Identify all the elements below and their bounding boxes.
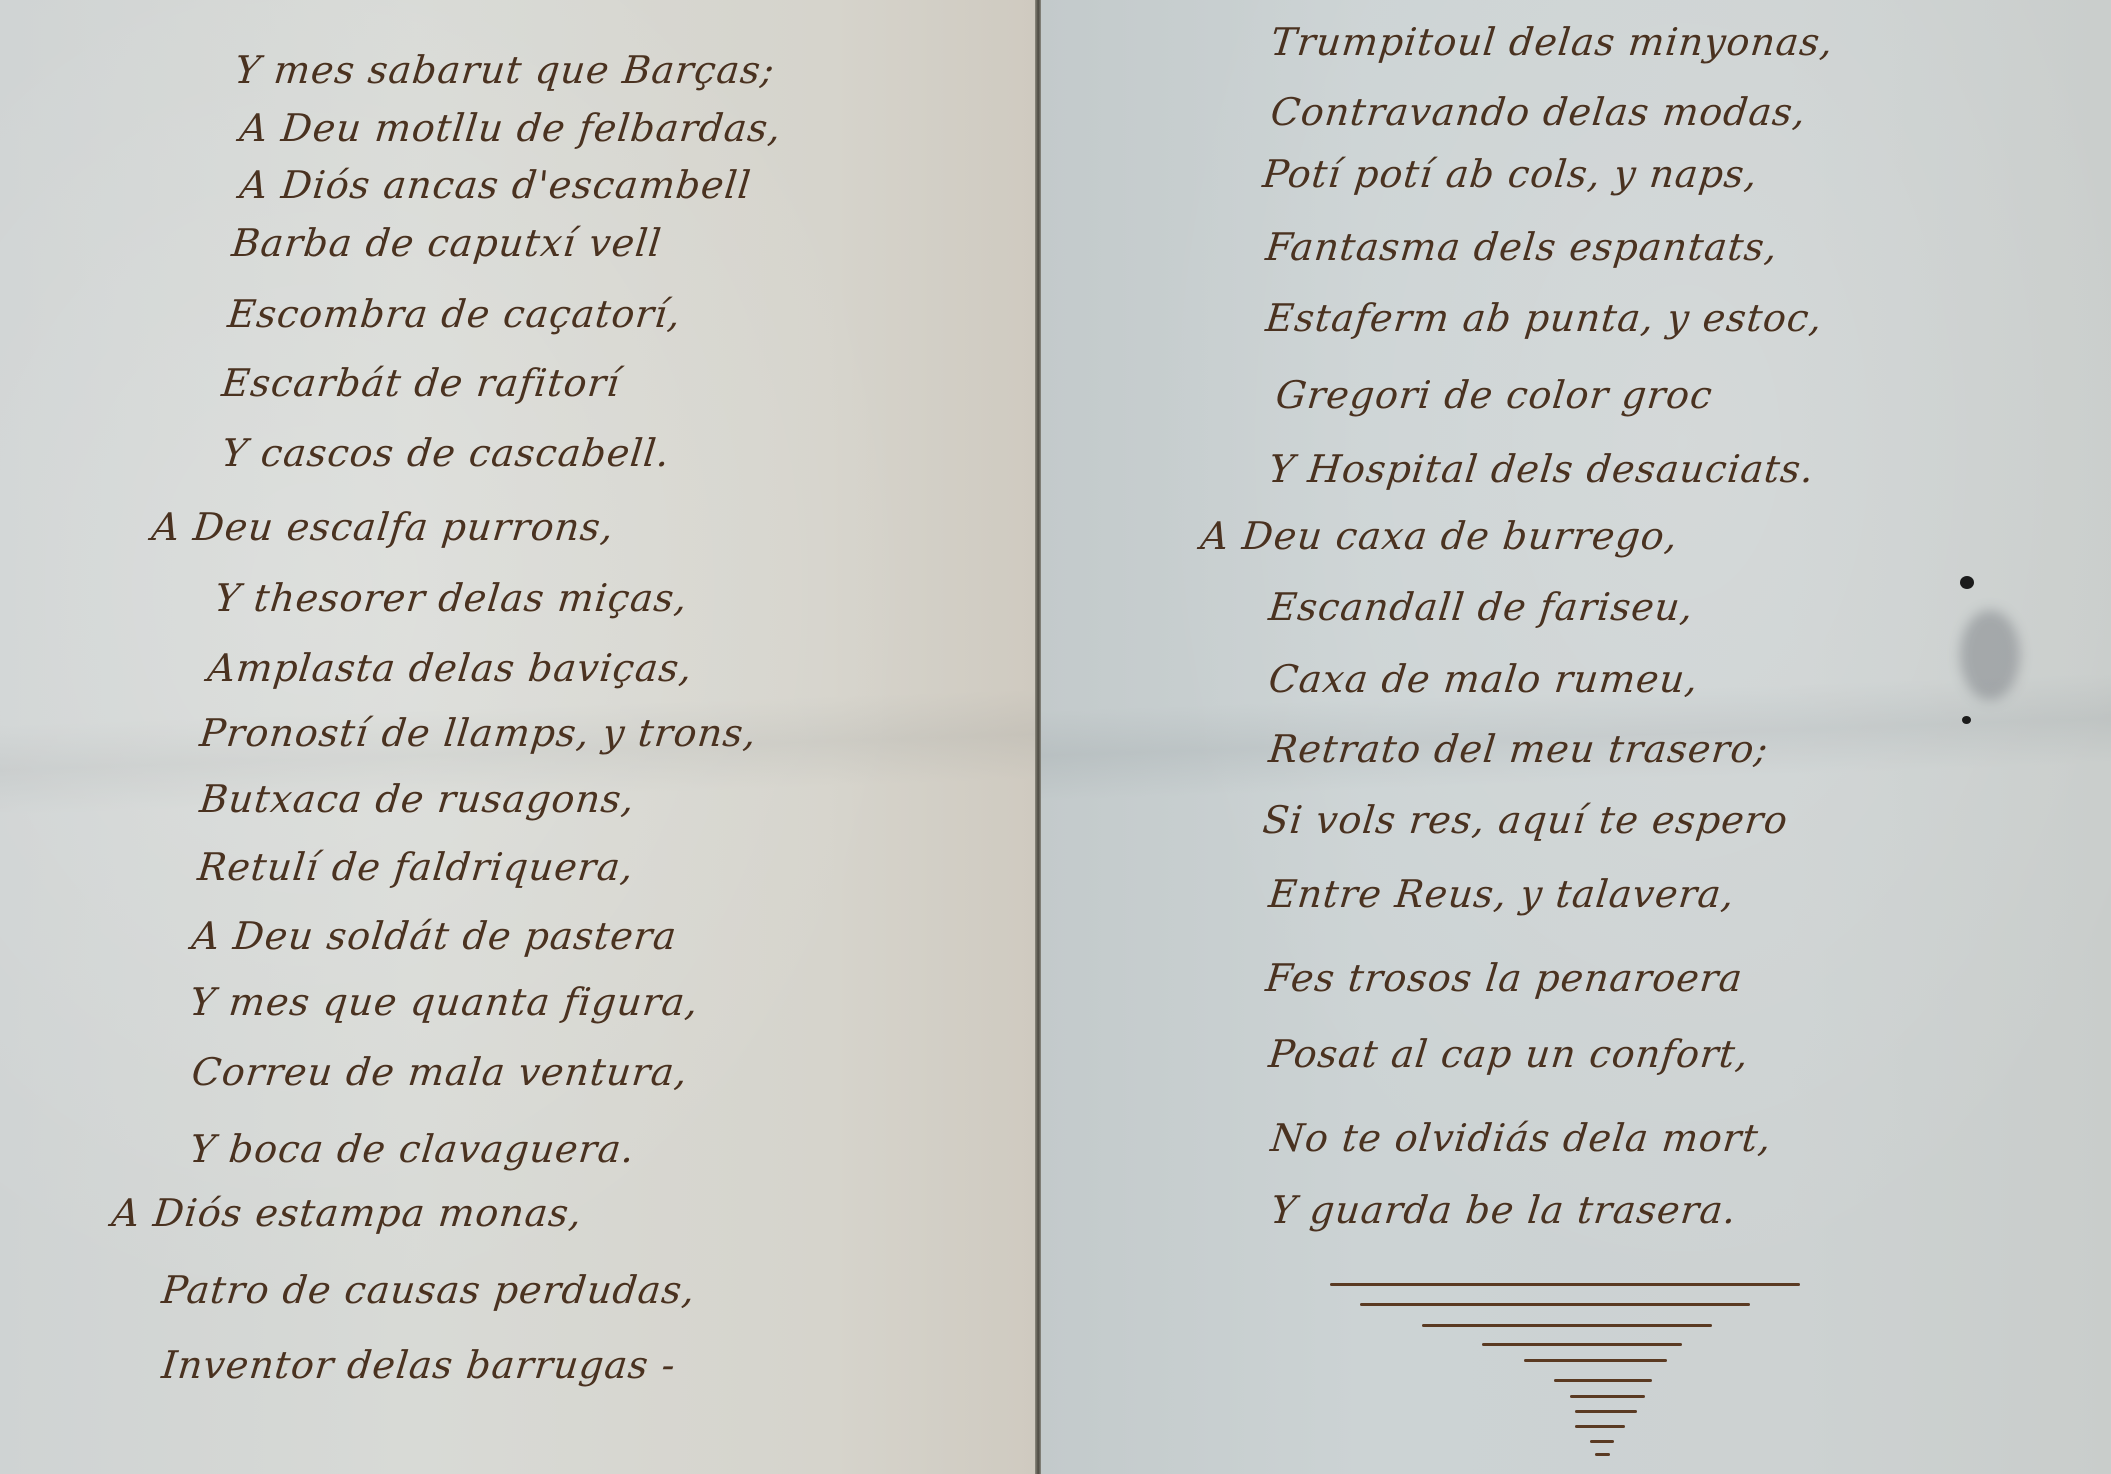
ink-smudge <box>1960 610 2020 700</box>
right-line-13: Entre Reus, y talavera, <box>1267 872 1737 916</box>
right-line-4: Fantasma dels espantats, <box>1264 225 1781 269</box>
right-line-16: No te olvidiás dela mort, <box>1269 1116 1774 1160</box>
left-line-18: A Diós estampa monas, <box>110 1191 585 1235</box>
left-line-3: A Diós ancas d'escambell <box>238 163 754 207</box>
left-line-19: Patro de causas perdudas, <box>160 1268 698 1312</box>
right-line-8: A Deu caxa de burrego, <box>1199 514 1681 558</box>
left-line-7: Y cascos de cascabell. <box>220 431 672 475</box>
right-line-14: Fes trosos la penaroera <box>1264 956 1745 1000</box>
left-line-13: Retulí de faldriquera, <box>196 845 636 889</box>
left-line-5: Escombra de caçatorí, <box>226 292 684 336</box>
left-line-8: A Deu escalfa purrons, <box>150 505 617 549</box>
left-line-12: Butxaca de rusagons, <box>198 777 637 821</box>
right-line-3: Potí potí ab cols, y naps, <box>1261 152 1760 196</box>
left-line-16: Correu de mala ventura, <box>190 1050 690 1094</box>
left-page: Y mes sabarut que Barças; A Deu motllu d… <box>0 0 1037 1474</box>
right-line-2: Contravando delas modas, <box>1269 90 1809 134</box>
left-line-4: Barba de caputxí vell <box>230 221 664 265</box>
right-line-15: Posat al cap un confort, <box>1267 1032 1751 1076</box>
left-line-9: Y thesorer delas miças, <box>213 576 690 620</box>
right-line-6: Gregori de color groc <box>1274 373 1715 417</box>
right-line-10: Caxa de malo rumeu, <box>1267 657 1701 701</box>
right-line-9: Escandall de fariseu, <box>1267 585 1696 629</box>
right-line-5: Estaferm ab punta, y estoc, <box>1264 296 1825 340</box>
left-line-20: Inventor delas barrugas - <box>160 1343 678 1387</box>
left-line-14: A Deu soldát de pastera <box>190 914 679 958</box>
left-line-10: Amplasta delas baviças, <box>206 646 695 690</box>
right-line-7: Y Hospital dels desauciats. <box>1267 447 1817 491</box>
right-line-12: Si vols res, aquí te espero <box>1261 798 1791 842</box>
left-line-15: Y mes que quanta figura, <box>188 980 701 1024</box>
left-line-17: Y boca de clavaguera. <box>188 1127 637 1171</box>
left-line-11: Proností de llamps, y trons, <box>198 711 759 755</box>
ink-blot-small <box>1962 716 1971 724</box>
left-line-1: Y mes sabarut que Barças; <box>233 48 777 92</box>
left-line-6: Escarbát de rafitorí <box>220 361 623 405</box>
left-line-2: A Deu motllu de felbardas, <box>238 106 784 150</box>
decorative-flourish <box>1310 1270 1870 1470</box>
ink-blot <box>1960 576 1974 589</box>
right-page: Trumpitoul delas minyonas, Contravando d… <box>1041 0 2111 1474</box>
right-line-17: Y guarda be la trasera. <box>1269 1188 1739 1232</box>
right-line-1: Trumpitoul delas minyonas, <box>1269 20 1836 64</box>
right-line-11: Retrato del meu trasero; <box>1267 727 1771 771</box>
